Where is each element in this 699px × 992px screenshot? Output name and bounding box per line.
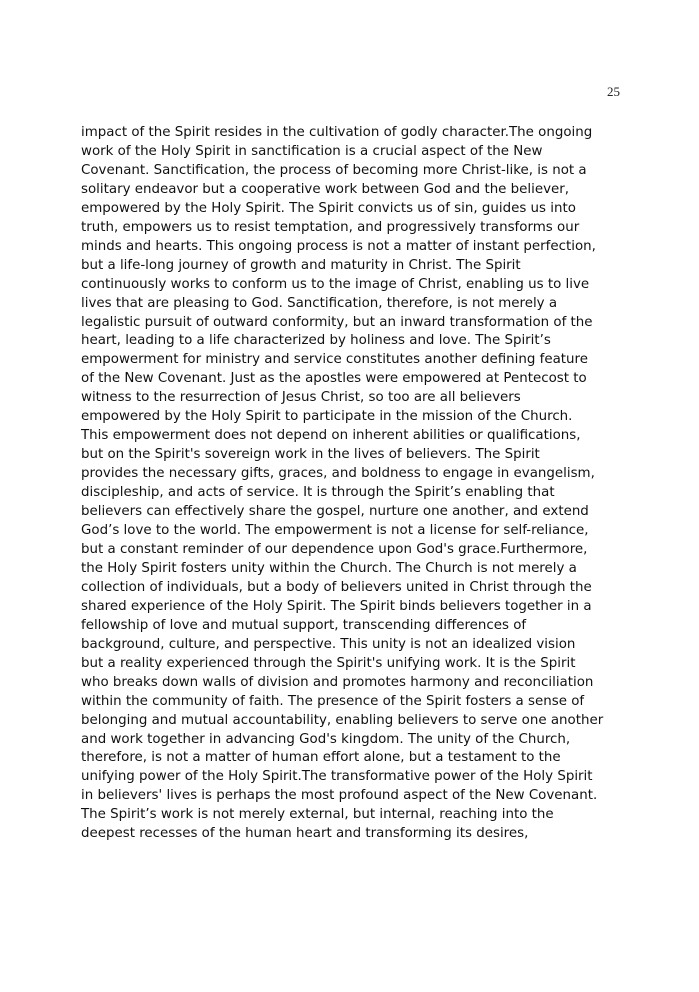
text-line: work of the Holy Spirit in sanctificatio… bbox=[81, 143, 621, 162]
text-line: provides the necessary gifts, graces, an… bbox=[81, 465, 621, 484]
text-line: legalistic pursuit of outward conformity… bbox=[81, 314, 621, 333]
text-line: Covenant. Sanctification, the process of… bbox=[81, 162, 621, 181]
text-line: solitary endeavor but a cooperative work… bbox=[81, 181, 621, 200]
text-line: This empowerment does not depend on inhe… bbox=[81, 427, 621, 446]
text-line: background, culture, and perspective. Th… bbox=[81, 636, 621, 655]
text-line: collection of individuals, but a body of… bbox=[81, 579, 621, 598]
text-line: empowerment for ministry and service con… bbox=[81, 351, 621, 370]
text-line: heart, leading to a life characterized b… bbox=[81, 332, 621, 351]
text-line: impact of the Spirit resides in the cult… bbox=[81, 124, 621, 143]
text-line: within the community of faith. The prese… bbox=[81, 693, 621, 712]
text-line: deepest recesses of the human heart and … bbox=[81, 825, 621, 844]
text-line: but a constant reminder of our dependenc… bbox=[81, 541, 621, 560]
text-line: lives that are pleasing to God. Sanctifi… bbox=[81, 295, 621, 314]
text-line: witness to the resurrection of Jesus Chr… bbox=[81, 389, 621, 408]
text-line: minds and hearts. This ongoing process i… bbox=[81, 238, 621, 257]
text-line: unifying power of the Holy Spirit.The tr… bbox=[81, 768, 621, 787]
body-paragraph: impact of the Spirit resides in the cult… bbox=[81, 124, 621, 844]
text-line: discipleship, and acts of service. It is… bbox=[81, 484, 621, 503]
text-line: the Holy Spirit fosters unity within the… bbox=[81, 560, 621, 579]
text-line: but a reality experienced through the Sp… bbox=[81, 655, 621, 674]
text-line: in believers' lives is perhaps the most … bbox=[81, 787, 621, 806]
text-line: fellowship of love and mutual support, t… bbox=[81, 617, 621, 636]
text-line: therefore, is not a matter of human effo… bbox=[81, 749, 621, 768]
text-line: belonging and mutual accountability, ena… bbox=[81, 712, 621, 731]
text-line: but a life-long journey of growth and ma… bbox=[81, 257, 621, 276]
text-line: who breaks down walls of division and pr… bbox=[81, 674, 621, 693]
text-line: continuously works to conform us to the … bbox=[81, 276, 621, 295]
text-line: but on the Spirit's sovereign work in th… bbox=[81, 446, 621, 465]
text-line: truth, empowers us to resist temptation,… bbox=[81, 219, 621, 238]
text-line: of the New Covenant. Just as the apostle… bbox=[81, 370, 621, 389]
text-line: empowered by the Holy Spirit. The Spirit… bbox=[81, 200, 621, 219]
text-line: shared experience of the Holy Spirit. Th… bbox=[81, 598, 621, 617]
text-line: empowered by the Holy Spirit to particip… bbox=[81, 408, 621, 427]
text-line: believers can effectively share the gosp… bbox=[81, 503, 621, 522]
text-line: and work together in advancing God's kin… bbox=[81, 731, 621, 750]
text-line: God’s love to the world. The empowerment… bbox=[81, 522, 621, 541]
text-line: The Spirit’s work is not merely external… bbox=[81, 806, 621, 825]
page-number: 25 bbox=[590, 84, 620, 100]
